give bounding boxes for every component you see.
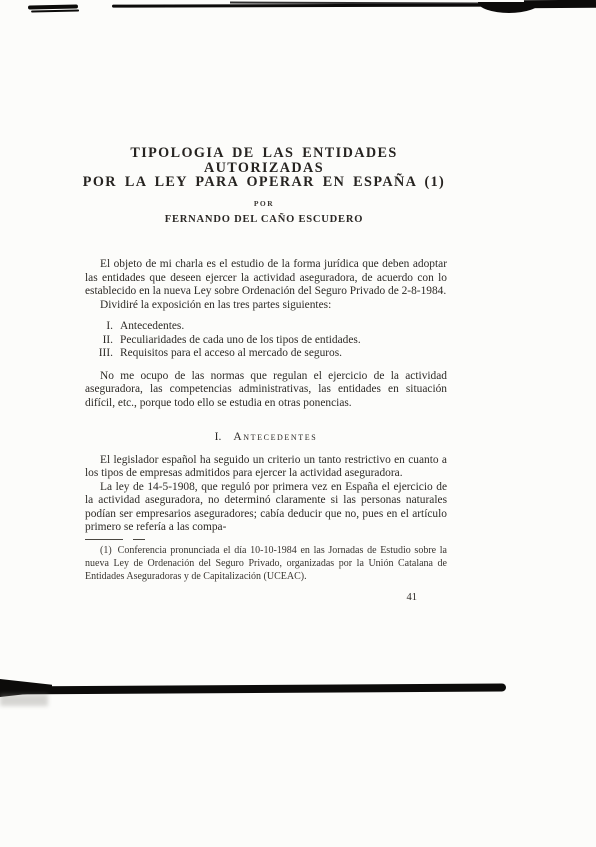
footnote-separator-dash [85,539,123,541]
list-item-numeral: III. [85,347,120,361]
footnote-separator [85,539,447,541]
article-title-line-1: TIPOLOGIA DE LAS ENTIDADES AUTORIZADAS [80,146,448,175]
list-item: I. Antecedentes. [85,320,447,334]
list-item-text: Requisitos para el acceso al mercado de … [120,347,447,361]
paragraph-legislador: El legislador español ha seguido un crit… [85,454,447,481]
paragraph-scope: No me ocupo de las normas que regulan el… [85,370,447,411]
scanned-page: TIPOLOGIA DE LAS ENTIDADES AUTORIZADAS P… [0,0,596,847]
footnote-separator-dash [133,539,145,541]
scan-artifact-top-right-band [524,0,596,8]
section-heading-antecedentes: I.Antecedentes [85,431,447,445]
title-block: TIPOLOGIA DE LAS ENTIDADES AUTORIZADAS P… [80,146,448,225]
list-item-text: Antecedentes. [120,320,447,334]
article-title-line-2: POR LA LEY PARA OPERAR EN ESPAÑA (1) [80,175,448,190]
footnote-text: Conferencia pronunciada el día 10-10-198… [85,545,447,582]
scan-artifact-bottom-smudge [0,694,48,706]
list-item-numeral: I. [85,320,120,334]
section-heading-title: Antecedentes [233,431,317,443]
footnote: (1)Conferencia pronunciada el día 10-10-… [85,544,447,583]
list-item-text: Peculiaridades de cada uno de los tipos … [120,334,447,348]
list-item-numeral: II. [85,334,120,348]
page-number: 41 [85,591,447,605]
paragraph-ley-1908: La ley de 14-5-1908, que reguló por prim… [85,481,447,535]
paragraph-intro: El objeto de mi charla es el estudio de … [85,258,447,299]
scan-artifact-bottom-band [0,683,506,694]
list-item: III. Requisitos para el acceso al mercad… [85,347,447,361]
article-body: El objeto de mi charla es el estudio de … [85,258,447,604]
scan-artifact-top-left-dash [28,4,78,9]
footnote-marker: (1) [85,545,118,556]
byline-label: POR [80,199,448,208]
paragraph-division: Dividiré la exposición en las tres parte… [85,299,447,313]
list-item: II. Peculiaridades de cada uno de los ti… [85,334,447,348]
author-name: FERNANDO DEL CAÑO ESCUDERO [80,214,448,225]
outline-list: I. Antecedentes. II. Peculiaridades de c… [85,320,447,361]
section-heading-numeral: I. [215,431,222,443]
